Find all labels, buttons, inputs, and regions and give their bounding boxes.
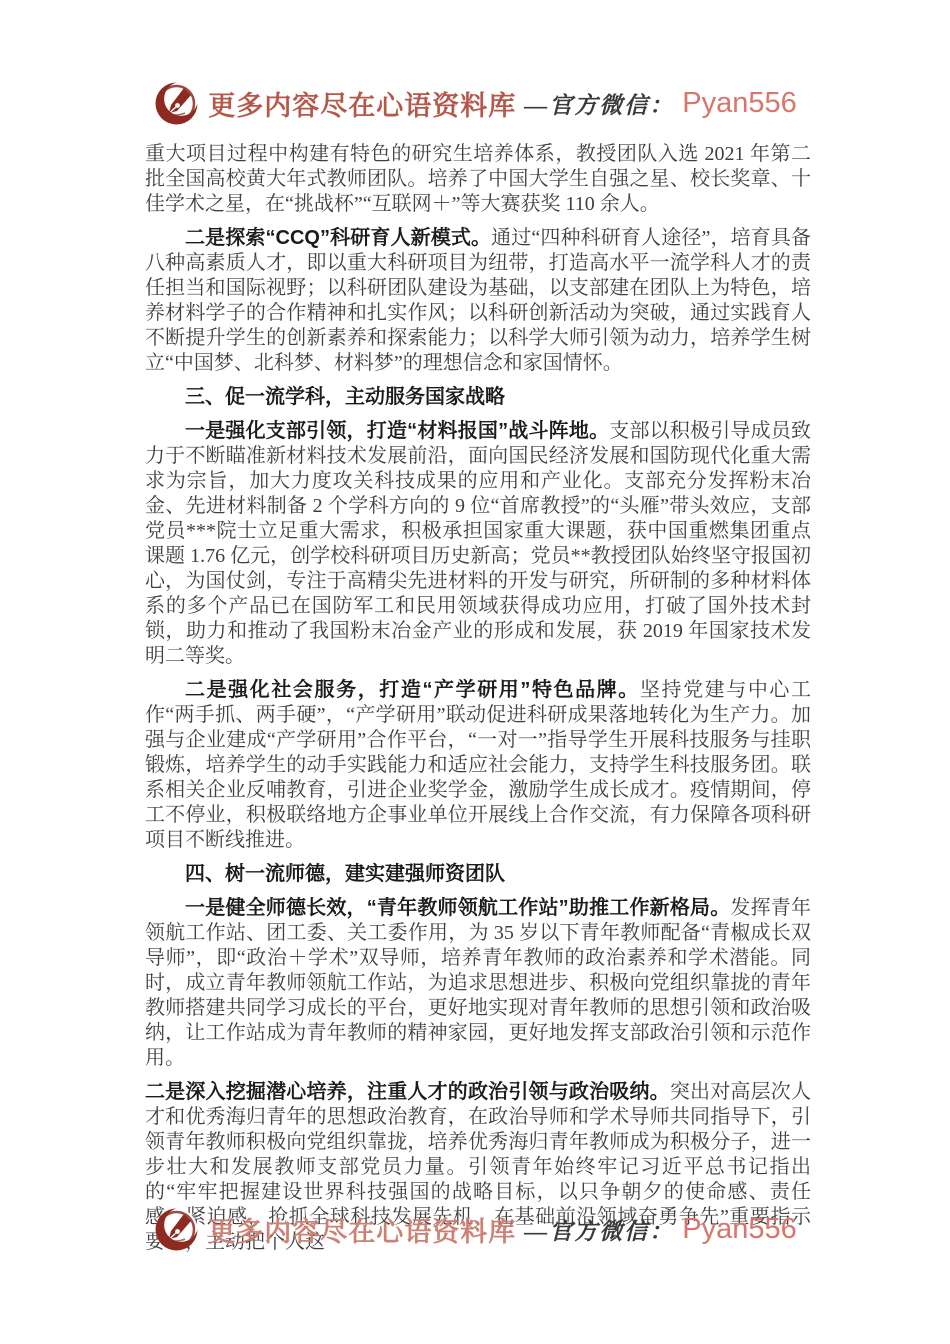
document-paragraph: 重大项目过程中构建有特色的研究生培养体系，教授团队入选 2021 年第二批全国高… (145, 142, 811, 217)
pen-nib-circle-logo-icon (153, 1206, 200, 1253)
paragraph-lead: 一是强化支部引领，打造“材料报国”战斗阵地。 (185, 420, 609, 442)
section-heading: 四、树一流师德，建实建强师资团队 (145, 862, 811, 887)
paragraph-lead: 一是健全师德长效，“青年教师领航工作站”助推工作新格局。 (185, 897, 730, 919)
paragraph-text: 坚持党建与中心工作“两手抓、两手硬”，“产学研用”联动促进科研成果落地转化为生产… (145, 679, 811, 851)
paragraph-lead: 二是深入挖掘潜心培养，注重人才的政治引领与政治吸纳。 (145, 1081, 670, 1103)
document-paragraph: 一是强化支部引领，打造“材料报国”战斗阵地。支部以积极引导成员致力于不断瞄准新材… (145, 419, 811, 669)
document-paragraph: 一是健全师德长效，“青年教师领航工作站”助推工作新格局。发挥青年领航工作站、团工… (145, 896, 811, 1071)
paragraph-text: 支部以积极引导成员致力于不断瞄准新材料技术发展前沿，面向国民经济发展和国防现代化… (145, 420, 811, 667)
section-heading: 三、促一流学科，主动服务国家战略 (145, 385, 811, 410)
document-page: 更多内容尽在心语资料库 —官方微信： Pyan556 重大项目过程中构建有特色的… (0, 0, 950, 1344)
paragraph-text: 重大项目过程中构建有特色的研究生培养体系，教授团队入选 2021 年第二批全国高… (145, 143, 811, 215)
brand-text: 更多内容尽在心语资料库 (208, 1210, 516, 1249)
footer-banner: 更多内容尽在心语资料库 —官方微信： Pyan556 (0, 1206, 950, 1253)
document-paragraph: 二是强化社会服务，打造“产学研用”特色品牌。坚持党建与中心工作“两手抓、两手硬”… (145, 678, 811, 853)
paragraph-text: 通过“四种科研育人途径”，培育具备八种高素质人才，即以重大科研项目为纽带，打造高… (145, 227, 811, 374)
wechat-id: Pyan556 (682, 1213, 797, 1246)
wechat-id: Pyan556 (682, 87, 797, 120)
paragraph-text: 发挥青年领航工作站、团工委、关工委作用，为 35 岁以下青年教师配备“青椒成长双… (145, 897, 811, 1069)
document-body: 重大项目过程中构建有特色的研究生培养体系，教授团队入选 2021 年第二批全国高… (145, 142, 811, 1264)
paragraph-lead: 二是探索“CCQ”科研育人新模式。 (185, 227, 491, 249)
header-banner: 更多内容尽在心语资料库 —官方微信： Pyan556 (0, 80, 950, 127)
document-paragraph: 二是探索“CCQ”科研育人新模式。通过“四种科研育人途径”，培育具备八种高素质人… (145, 226, 811, 376)
paragraph-lead: 三、促一流学科，主动服务国家战略 (185, 386, 505, 408)
pen-nib-circle-logo-icon (153, 80, 200, 127)
brand-text: 更多内容尽在心语资料库 (208, 84, 516, 123)
paragraph-lead: 四、树一流师德，建实建强师资团队 (185, 863, 505, 885)
wechat-label: —官方微信： (524, 87, 674, 120)
paragraph-lead: 二是强化社会服务，打造“产学研用”特色品牌。 (185, 679, 640, 701)
wechat-label: —官方微信： (524, 1213, 674, 1246)
